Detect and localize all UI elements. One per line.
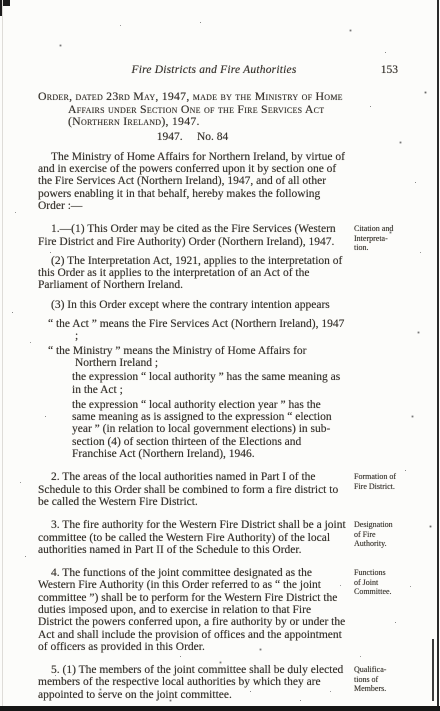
section-block: The Ministry of Home Affairs for Norther…	[38, 151, 347, 212]
paragraph: 4. The functions of the joint committee …	[38, 567, 347, 653]
section-paragraphs: 2. The areas of the local authorities na…	[38, 471, 347, 508]
paragraph: 3. The fire authority for the Western Fi…	[38, 519, 347, 556]
page-number: 153	[381, 64, 398, 76]
scan-right-edge	[437, 0, 439, 711]
section-block: 1.—(1) This Order may be cited as the Fi…	[38, 223, 347, 460]
section-paragraphs: 4. The functions of the joint committee …	[38, 567, 347, 653]
section-block: 2. The areas of the local authorities na…	[38, 471, 347, 508]
scan-left-edge	[2, 0, 3, 711]
section-block: 5. (1) The members of the joint committe…	[38, 664, 347, 701]
order-number: 1947. No. 84	[38, 131, 347, 143]
order-heading: Order, dated 23rd May, 1947, made by the…	[38, 90, 347, 128]
running-header: Fire Districts and Fire Authorities 153	[38, 64, 390, 78]
section-paragraphs: The Ministry of Home Affairs for Norther…	[38, 151, 347, 212]
section-block: 3. The fire authority for the Western Fi…	[38, 519, 347, 556]
paragraph: (3) In this Order except where the contr…	[38, 299, 347, 311]
margin-note: Citation and Interpreta- tion.	[354, 224, 436, 253]
sections-container: The Ministry of Home Affairs for Norther…	[38, 151, 347, 701]
section-paragraphs: 3. The fire authority for the Western Fi…	[38, 519, 347, 556]
paragraph: the expression “ local authority electio…	[38, 399, 347, 460]
paragraph: 1.—(1) This Order may be cited as the Fi…	[38, 223, 347, 248]
paragraph: “ the Act ” means the Fire Services Act …	[38, 318, 347, 343]
margin-note: Functions of Joint Committee.	[354, 568, 436, 597]
running-header-title: Fire Districts and Fire Authorities	[38, 64, 390, 76]
paragraph: (2) The Interpretation Act, 1921, applie…	[38, 255, 347, 292]
margin-note: Qualifica- tions of Members.	[354, 665, 436, 694]
margin-note: Designation of Fire Authority.	[354, 520, 436, 549]
paragraph: “ the Ministry ” means the Ministry of H…	[38, 345, 347, 370]
section-paragraphs: 5. (1) The members of the joint committe…	[38, 664, 347, 701]
paragraph: The Ministry of Home Affairs for Norther…	[38, 151, 347, 212]
paragraph: the expression “ local authority ” has t…	[38, 371, 347, 396]
paragraph: 2. The areas of the local authorities na…	[38, 471, 347, 508]
scanned-document-page: Fire Districts and Fire Authorities 153 …	[0, 0, 440, 711]
margin-note: Formation of Fire District.	[354, 472, 436, 491]
section-paragraphs: 1.—(1) This Order may be cited as the Fi…	[38, 223, 347, 460]
paragraph: 5. (1) The members of the joint committe…	[38, 664, 347, 701]
section-block: 4. The functions of the joint committee …	[38, 567, 347, 653]
document-body: Order, dated 23rd May, 1947, made by the…	[38, 90, 347, 711]
